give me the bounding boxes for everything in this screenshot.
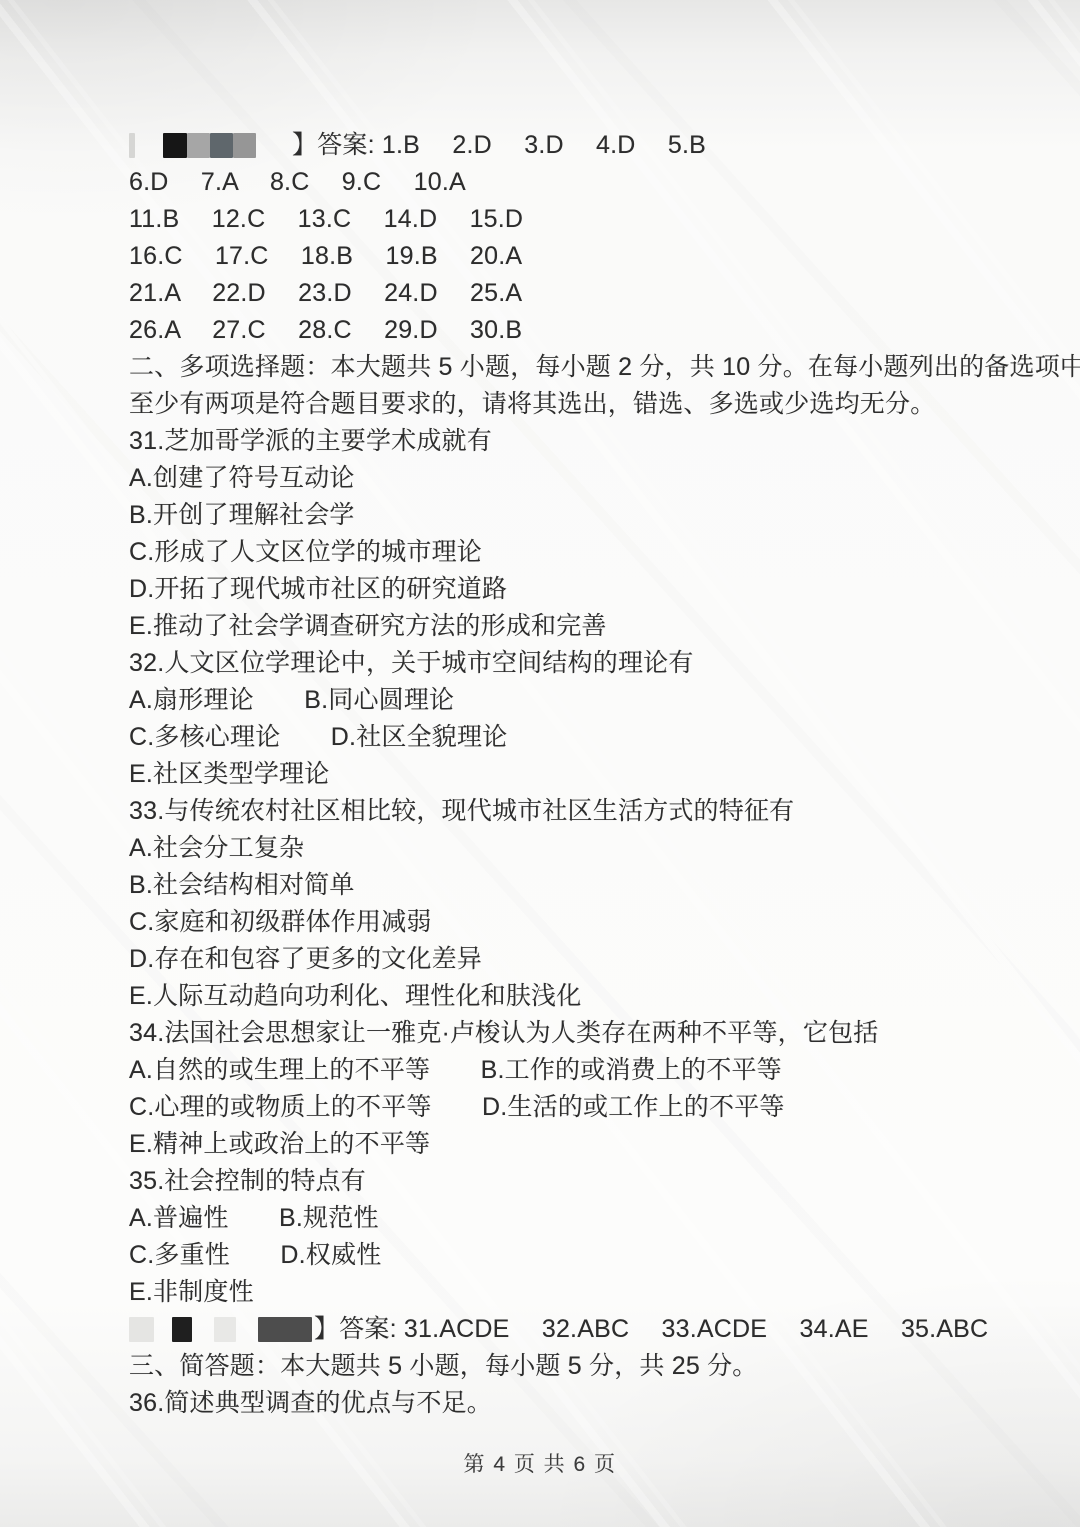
question-35-text: 35.社会控制的特点有 <box>129 1163 366 1200</box>
option-35-e-text: E.非制度性 <box>129 1274 254 1311</box>
question-32: 32.人文区位学理论中，关于城市空间结构的理论有 <box>129 645 1059 682</box>
redacted-source-label <box>129 133 292 159</box>
option-31-d: D.开拓了现代城市社区的研究道路 <box>129 571 1059 608</box>
option-31-c-text: C.形成了人文区位学的城市理论 <box>129 534 482 571</box>
answers-11-15-line-text: 11.B 12.C 13.C 14.D 15.D <box>129 201 523 238</box>
redaction-block <box>163 133 187 158</box>
question-33-text: 33.与传统农村社区相比较，现代城市社区生活方式的特征有 <box>129 793 794 830</box>
option-34-e: E.精神上或政治上的不平等 <box>129 1126 1059 1163</box>
answers-16-20-line: 16.C 17.C 18.B 19.B 20.A <box>129 238 1059 275</box>
answers-1-5-line: 】答案: 1.B 2.D 3.D 4.D 5.B <box>129 127 1059 164</box>
question-32-text: 32.人文区位学理论中，关于城市空间结构的理论有 <box>129 645 694 682</box>
answers-21-25-line: 21.A 22.D 23.D 24.D 25.A <box>129 275 1059 312</box>
answers-16-20-line-text: 16.C 17.C 18.B 19.B 20.A <box>129 238 522 275</box>
question-34-text: 34.法国社会思想家让一雅克·卢梭认为人类存在两种不平等，它包括 <box>129 1015 878 1052</box>
option-32-cd-text: C.多核心理论 D.社区全貌理论 <box>129 719 507 756</box>
option-35-ab: A.普遍性 B.规范性 <box>129 1200 1059 1237</box>
section-2-header-line-2: 至少有两项是符合题目要求的，请将其选出，错选、多选或少选均无分。 <box>129 386 1059 423</box>
section-3-header-line-text: 三、简答题：本大题共 5 小题，每小题 5 分，共 25 分。 <box>129 1348 758 1385</box>
redaction-block <box>258 1317 312 1342</box>
option-35-cd: C.多重性 D.权威性 <box>129 1237 1059 1274</box>
option-32-cd: C.多核心理论 D.社区全貌理论 <box>129 719 1059 756</box>
question-36: 36.简述典型调查的优点与不足。 <box>129 1385 1059 1422</box>
answers-6-10-line-text: 6.D 7.A 8.C 9.C 10.A <box>129 164 466 201</box>
redaction-block <box>172 1317 192 1342</box>
option-33-b: B.社会结构相对简单 <box>129 867 1059 904</box>
question-33: 33.与传统农村社区相比较，现代城市社区生活方式的特征有 <box>129 793 1059 830</box>
answers-31-35-line: 】答案: 31.ACDE 32.ABC 33.ACDE 34.AE 35.ABC <box>129 1311 1059 1348</box>
answers-1-5-line-text: 】答案: 1.B 2.D 3.D 4.D 5.B <box>292 127 706 164</box>
option-33-a-text: A.社会分工复杂 <box>129 830 304 867</box>
option-34-e-text: E.精神上或政治上的不平等 <box>129 1126 430 1163</box>
section-3-header-line: 三、简答题：本大题共 5 小题，每小题 5 分，共 25 分。 <box>129 1348 1059 1385</box>
redaction-block <box>210 133 233 158</box>
answers-21-25-line-text: 21.A 22.D 23.D 24.D 25.A <box>129 275 522 312</box>
option-34-cd: C.心理的或物质上的不平等 D.生活的或工作上的不平等 <box>129 1089 1059 1126</box>
question-31: 31.芝加哥学派的主要学术成就有 <box>129 423 1059 460</box>
option-32-ab-text: A.扇形理论 B.同心圆理论 <box>129 682 454 719</box>
option-31-b: B.开创了理解社会学 <box>129 497 1059 534</box>
option-32-ab: A.扇形理论 B.同心圆理论 <box>129 682 1059 719</box>
section-2-header-line-2-text: 至少有两项是符合题目要求的，请将其选出，错选、多选或少选均无分。 <box>129 386 935 423</box>
option-32-e: E.社区类型学理论 <box>129 756 1059 793</box>
section-2-header-line-1-text: 二、多项选择题：本大题共 5 小题，每小题 2 分，共 10 分。在每小题列出的… <box>129 349 1080 386</box>
redaction-block <box>187 133 210 158</box>
answers-26-30-line: 26.A 27.C 28.C 29.D 30.B <box>129 312 1059 349</box>
answers-6-10-line: 6.D 7.A 8.C 9.C 10.A <box>129 164 1059 201</box>
option-31-b-text: B.开创了理解社会学 <box>129 497 355 534</box>
option-35-e: E.非制度性 <box>129 1274 1059 1311</box>
scanned-exam-page: 】答案: 1.B 2.D 3.D 4.D 5.B6.D 7.A 8.C 9.C … <box>0 0 1080 1527</box>
option-31-d-text: D.开拓了现代城市社区的研究道路 <box>129 571 507 608</box>
option-33-e-text: E.人际互动趋向功利化、理性化和肤浅化 <box>129 978 581 1015</box>
option-31-e-text: E.推动了社会学调查研究方法的形成和完善 <box>129 608 607 645</box>
redaction-block <box>129 1317 154 1342</box>
answers-11-15-line: 11.B 12.C 13.C 14.D 15.D <box>129 201 1059 238</box>
option-31-e: E.推动了社会学调查研究方法的形成和完善 <box>129 608 1059 645</box>
option-33-c: C.家庭和初级群体作用减弱 <box>129 904 1059 941</box>
question-34: 34.法国社会思想家让一雅克·卢梭认为人类存在两种不平等，它包括 <box>129 1015 1059 1052</box>
option-33-b-text: B.社会结构相对简单 <box>129 867 355 904</box>
option-31-a: A.创建了符号互动论 <box>129 460 1059 497</box>
section-2-header-line-1: 二、多项选择题：本大题共 5 小题，每小题 2 分，共 10 分。在每小题列出的… <box>129 349 1059 386</box>
redaction-block <box>214 1317 236 1342</box>
question-31-text: 31.芝加哥学派的主要学术成就有 <box>129 423 492 460</box>
option-33-e: E.人际互动趋向功利化、理性化和肤浅化 <box>129 978 1059 1015</box>
option-34-ab-text: A.自然的或生理上的不平等 B.工作的或消费上的不平等 <box>129 1052 782 1089</box>
option-31-c: C.形成了人文区位学的城市理论 <box>129 534 1059 571</box>
option-33-d: D.存在和包容了更多的文化差异 <box>129 941 1059 978</box>
option-33-d-text: D.存在和包容了更多的文化差异 <box>129 941 482 978</box>
option-35-ab-text: A.普遍性 B.规范性 <box>129 1200 379 1237</box>
option-33-a: A.社会分工复杂 <box>129 830 1059 867</box>
option-31-a-text: A.创建了符号互动论 <box>129 460 355 497</box>
question-36-text: 36.简述典型调查的优点与不足。 <box>129 1385 492 1422</box>
option-34-ab: A.自然的或生理上的不平等 B.工作的或消费上的不平等 <box>129 1052 1059 1089</box>
option-34-cd-text: C.心理的或物质上的不平等 D.生活的或工作上的不平等 <box>129 1089 785 1126</box>
answers-26-30-line-text: 26.A 27.C 28.C 29.D 30.B <box>129 312 522 349</box>
option-33-c-text: C.家庭和初级群体作用减弱 <box>129 904 432 941</box>
option-35-cd-text: C.多重性 D.权威性 <box>129 1237 381 1274</box>
page-number-footer: 第 4 页 共 6 页 <box>0 1448 1080 1478</box>
redaction-block <box>129 133 135 158</box>
redaction-block <box>233 133 256 158</box>
answers-31-35-line-text: 】答案: 31.ACDE 32.ABC 33.ACDE 34.AE 35.ABC <box>314 1311 988 1348</box>
option-32-e-text: E.社区类型学理论 <box>129 756 329 793</box>
redacted-source-label <box>129 1317 314 1343</box>
document-body: 】答案: 1.B 2.D 3.D 4.D 5.B6.D 7.A 8.C 9.C … <box>129 127 1059 1422</box>
question-35: 35.社会控制的特点有 <box>129 1163 1059 1200</box>
